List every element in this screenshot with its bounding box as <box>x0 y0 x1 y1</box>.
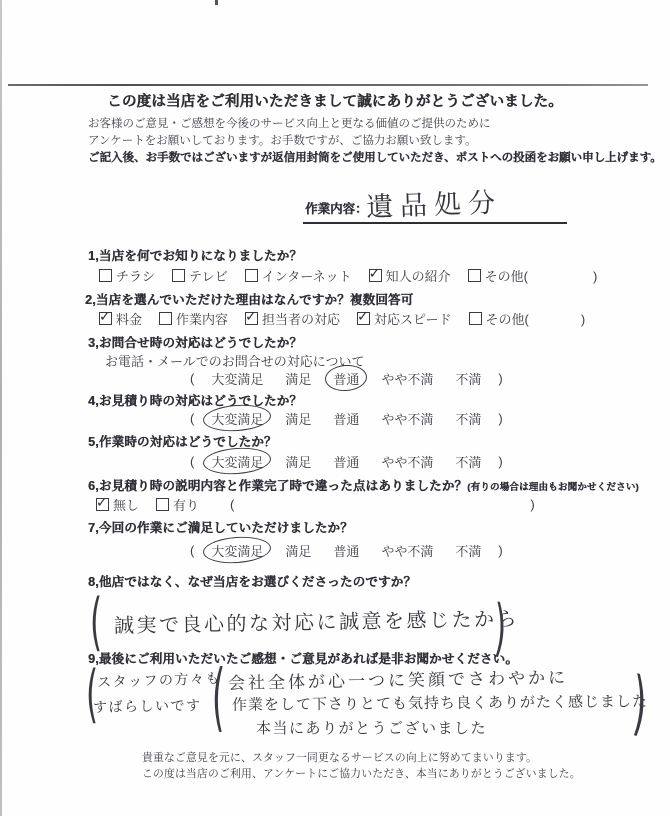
q6-title: 6,お見積り時の説明内容と作業完了時で違った点はありましたか？(有りの場合は理由… <box>88 476 639 494</box>
handwritten-paren-open: ( <box>90 594 102 650</box>
rating-option: 不満 <box>455 369 481 388</box>
intro-line-2: アンケートをお願いしております。お手数ですが、ご協力お願い致します。 <box>88 133 662 150</box>
checkbox-icon <box>245 312 258 325</box>
q4-title: 4,お見積り時の対応はどうでしたか？ <box>88 391 302 409</box>
rating-option: やや不満 <box>381 541 433 560</box>
checkbox-icon <box>369 269 382 282</box>
q3-title: 3,お問合せ時の対応はどうでしたか？ <box>88 333 302 351</box>
paren-close: ) <box>498 411 502 426</box>
top-divider-line <box>8 84 648 86</box>
paren-close: ) <box>498 371 502 386</box>
checkbox-icon <box>469 312 482 325</box>
rating-option: 大変満足 <box>211 369 263 388</box>
q9-handwritten-right-line2: 作業をして下さりとても気持ち良くありがたく感じました <box>232 690 648 715</box>
scan-dot-artifact <box>215 0 218 5</box>
rating-option: やや不満 <box>381 409 433 428</box>
footer-line-2: この度は当店のご利用、アンケートにご協力いただき、本当にありがとうございました。 <box>142 767 581 783</box>
rating-option: やや不満 <box>381 452 433 471</box>
q8-handwritten-answer: 誠実で良心的な対応に誠意を感じたから <box>114 602 519 638</box>
q7-title: 7,今回の作業にご満足していただけましたか？ <box>88 518 353 536</box>
rating-option: 普通 <box>333 541 359 560</box>
rating-option: 満足 <box>285 409 311 428</box>
q7-rating-scale: ( 大変満足 満足 普通 やや不満 不満 ) <box>184 541 509 560</box>
q9-handwritten-right-line1: 会社全体が心一つに笑顔でさわやかに <box>228 663 568 694</box>
rating-option: 普通 <box>333 452 359 471</box>
q1-option-tv: テレビ <box>172 266 228 285</box>
q1-option-referral: 知人の紹介 <box>369 266 451 285</box>
q1-option-chirashi: チラシ <box>99 266 155 285</box>
intro-paragraph: お客様のご意見・ご感想を今後のサービス向上と更なる価値のご提供のために アンケー… <box>88 116 662 167</box>
footer-line-1: 貴重なご意見を元に、スタッフ一同更なるサービスの向上に努めてまいります。 <box>142 751 581 767</box>
rating-option: 不満 <box>455 452 481 471</box>
rating-option: 大変満足 <box>211 452 263 471</box>
handwritten-divider-paren: ( <box>211 664 225 731</box>
q4-rating-scale: ( 大変満足 満足 普通 やや不満 不満 ) <box>184 409 509 428</box>
rating-option: 不満 <box>455 409 481 428</box>
paren-close: ) <box>498 543 502 558</box>
rating-option: 普通 <box>333 369 359 388</box>
q9-handwritten-left-line2: すばらしいです <box>93 695 202 717</box>
q9-handwritten-left-line1: スタッフの方々も <box>97 668 222 692</box>
q1-option-internet: インターネット <box>245 266 352 285</box>
q2-option-work: 作業内容 <box>159 309 228 328</box>
checkbox-icon <box>245 269 258 282</box>
footer: 貴重なご意見を元に、スタッフ一同更なるサービスの向上に努めてまいります。 この度… <box>142 751 581 782</box>
intro-line-3: ご記入後、お手数ではございますが返信用封筒をご使用していただき、ポストへの投函を… <box>88 150 662 167</box>
q2-title: 2,当店を選んでいただけた理由はなんですか？複数回答可 <box>85 290 413 308</box>
q8-title: 8,他店ではなく、なぜ当店をお選びくださったのですか？ <box>88 572 416 590</box>
checkbox-icon <box>172 269 185 282</box>
handwritten-paren-close: ) <box>631 671 648 736</box>
q3-rating-scale: ( 大変満足 満足 普通 やや不満 不満 ) <box>184 369 509 388</box>
work-content-label: 作業内容： <box>305 199 368 217</box>
paren-open: ( <box>190 543 194 558</box>
paren-close: ) <box>498 454 502 469</box>
work-content-handwritten-value: 遺品処分 <box>365 181 502 225</box>
paren-open: ( <box>190 371 194 386</box>
checkbox-icon <box>468 269 481 282</box>
checkbox-icon <box>99 312 112 325</box>
q3-subtitle: お電話・メールでのお問合せの対応について <box>105 351 364 370</box>
q1-options: チラシ テレビ インターネット 知人の紹介 その他( ) <box>99 266 614 285</box>
work-content-underline <box>303 222 567 224</box>
rating-option: やや不満 <box>381 369 433 388</box>
rating-option: 大変満足 <box>211 541 263 560</box>
q6-blank-close: ) <box>530 497 534 512</box>
q6-option-none: 無し <box>96 495 139 514</box>
q5-rating-scale: ( 大変満足 満足 普通 やや不満 不満 ) <box>184 452 509 471</box>
q2-options: 料金 作業内容 担当者の対応 対応スピード その他( ) <box>99 309 602 328</box>
rating-option: 不満 <box>455 541 481 560</box>
q6-options: 無し 有り ( ) <box>96 495 535 514</box>
checkbox-icon <box>96 498 109 511</box>
q6-option-yes: 有り <box>156 495 199 514</box>
page-title: この度は当店をご利用いただきまして誠にありがとうございました。 <box>0 90 670 111</box>
rating-option: 普通 <box>333 409 359 428</box>
scan-edge-artifact <box>0 0 2 816</box>
scanned-survey-page: この度は当店をご利用いただきまして誠にありがとうございました。 お客様のご意見・… <box>0 0 670 816</box>
q2-option-price: 料金 <box>99 309 142 328</box>
paren-open: ( <box>190 454 194 469</box>
q2-option-staff: 担当者の対応 <box>245 309 340 328</box>
rating-option: 満足 <box>285 452 311 471</box>
q9-handwritten-right-line3: 本当にありがとうございました <box>256 717 487 738</box>
checkbox-icon <box>99 269 112 282</box>
q6-blank-open: ( <box>230 497 234 512</box>
rating-option: 満足 <box>285 541 311 560</box>
checkbox-icon <box>156 498 169 511</box>
rating-option: 満足 <box>285 369 311 388</box>
paren-open: ( <box>190 411 194 426</box>
checkbox-icon <box>159 312 172 325</box>
q1-option-other: その他( ) <box>468 266 598 285</box>
intro-line-1: お客様のご意見・ご感想を今後のサービス向上と更なる価値のご提供のために <box>88 116 662 133</box>
q1-title: 1,当店を何でお知りになりましたか？ <box>88 246 302 264</box>
q2-option-other: その他( ) <box>469 309 586 328</box>
rating-option: 大変満足 <box>211 409 263 428</box>
q2-option-speed: 対応スピード <box>357 309 451 328</box>
q6-note: (有りの場合は理由もお聞かせください) <box>467 482 639 493</box>
checkbox-icon <box>357 312 370 325</box>
